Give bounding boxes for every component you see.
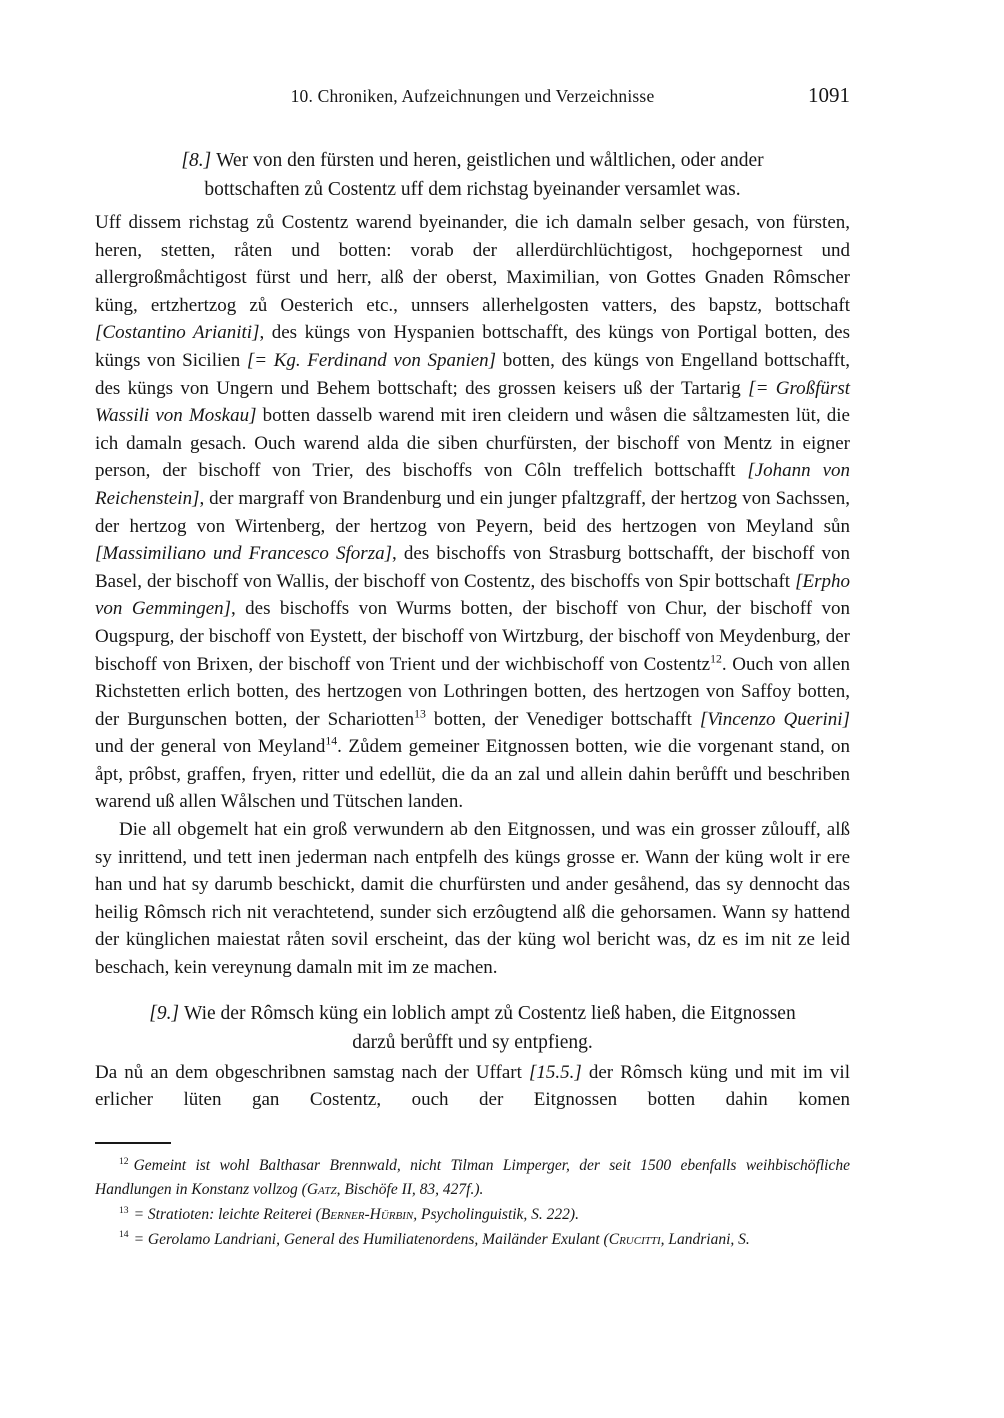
footnote-12: 12Gemeint ist wohl Balthasar Brennwald, … <box>95 1154 850 1203</box>
paragraph-wonder: Die all obgemelt hat ein groß verwundern… <box>95 816 850 982</box>
footnote-13-text: = Stratioten: leichte Reiterei (Berner-H… <box>134 1206 579 1223</box>
footnote-14: 14= Gerolamo Landriani, General des Humi… <box>95 1228 850 1253</box>
footnote-12-marker: 12 <box>119 1156 129 1167</box>
book-page: 10. Chroniken, Aufzeichnungen und Verzei… <box>0 0 1004 1418</box>
section-heading-8: [8.] Wer von den fürsten und heren, geis… <box>95 146 850 204</box>
running-header-title: 10. Chroniken, Aufzeichnungen und Verzei… <box>95 86 850 107</box>
footnotes-block: 12Gemeint ist wohl Balthasar Brennwald, … <box>95 1142 850 1252</box>
paragraph-attendees: Uff dissem richstag zů Costentz warend b… <box>95 209 850 816</box>
footnote-13: 13= Stratioten: leichte Reiterei (Berner… <box>95 1203 850 1228</box>
footnote-12-text: Gemeint ist wohl Balthasar Brennwald, ni… <box>95 1157 850 1199</box>
paragraph-arrival: Da nů an dem obgeschribnen samstag nach … <box>95 1059 850 1114</box>
footnote-14-marker: 14 <box>119 1229 129 1240</box>
running-head: 10. Chroniken, Aufzeichnungen und Verzei… <box>95 86 850 112</box>
page-number: 1091 <box>808 83 850 108</box>
footnote-separator <box>95 1142 171 1144</box>
footnote-13-marker: 13 <box>119 1205 129 1216</box>
footnote-14-text: = Gerolamo Landriani, General des Humili… <box>134 1231 750 1248</box>
section-heading-9: [9.] Wie der Rômsch küng ein loblich amp… <box>95 999 850 1057</box>
